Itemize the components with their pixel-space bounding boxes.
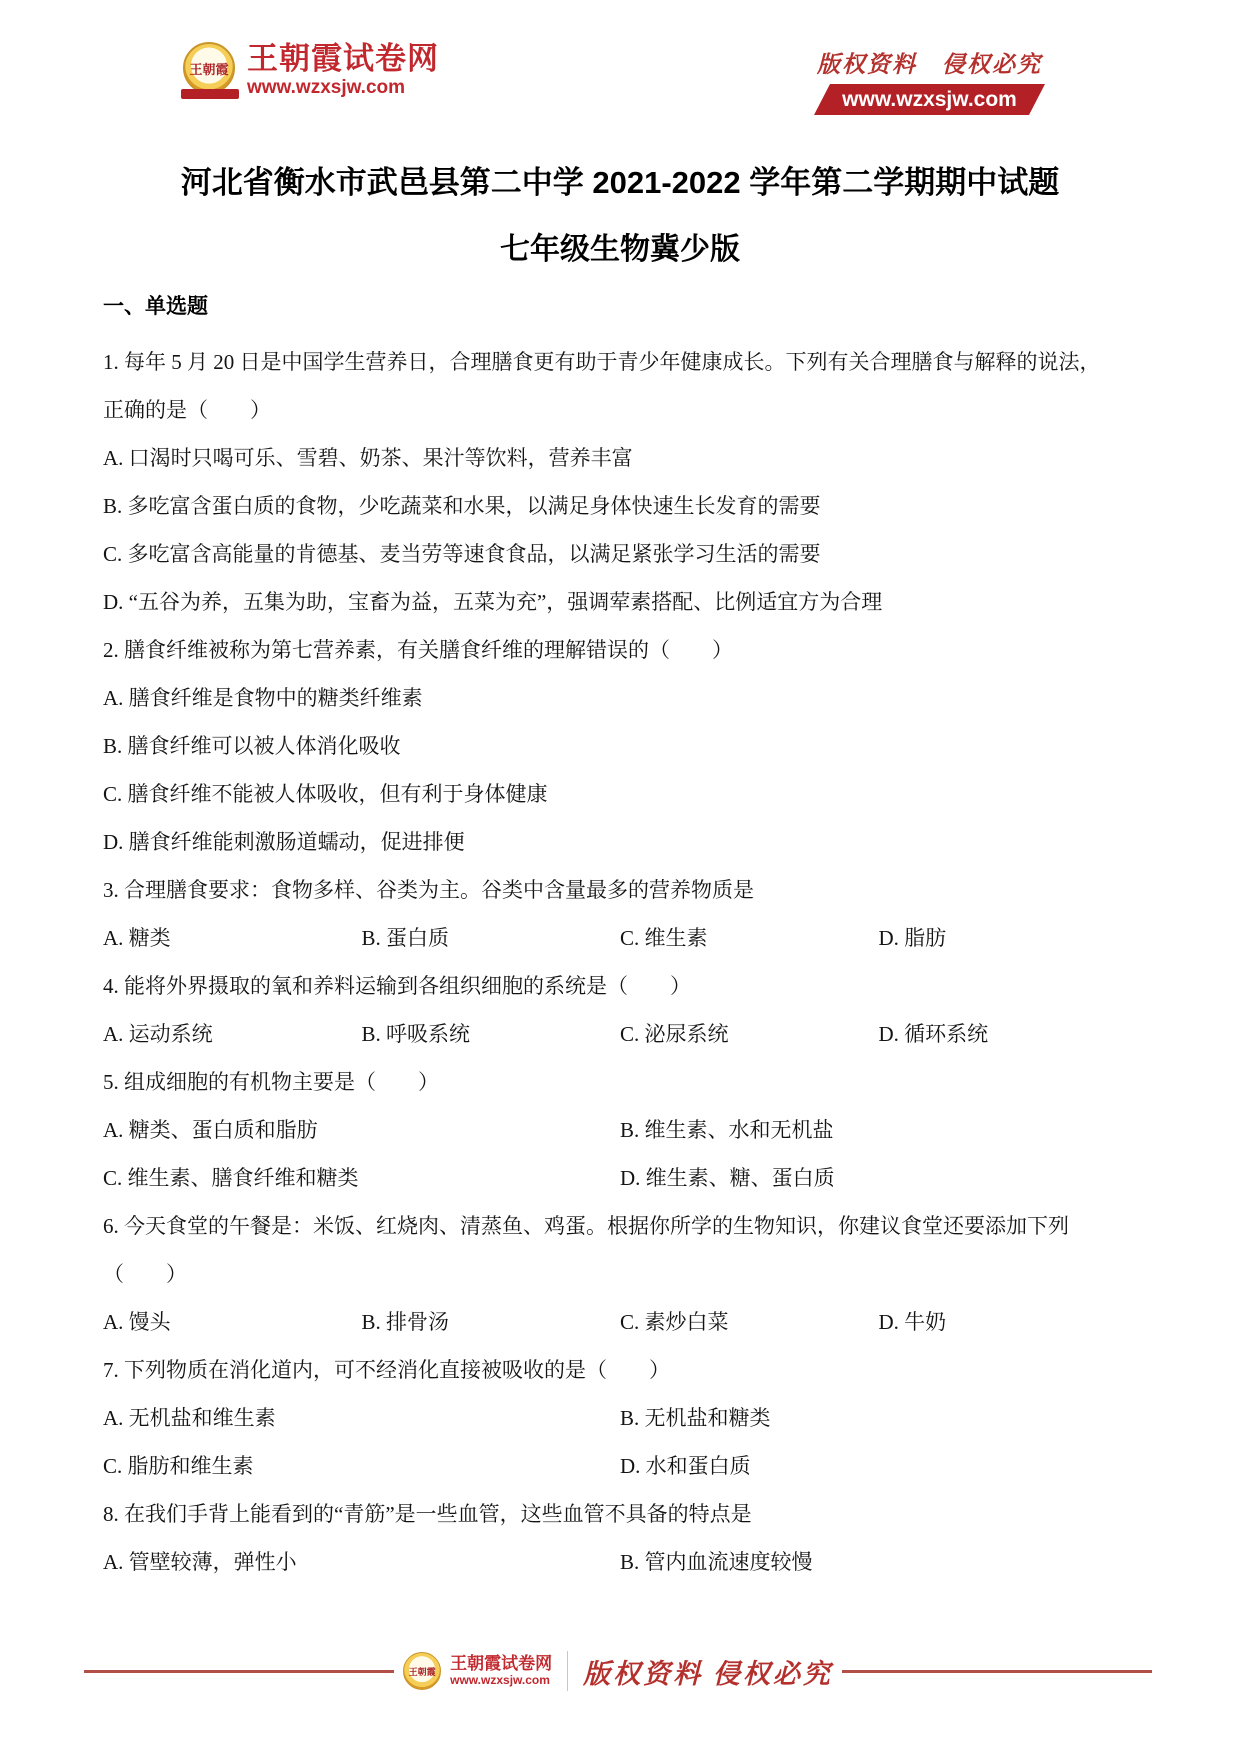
option-row: A. 管壁较薄，弹性小 B. 管内血流速度较慢	[103, 1538, 1137, 1586]
footer-site-url: www.wzxsjw.com	[450, 1674, 552, 1687]
option-row: A. 无机盐和维生素 B. 无机盐和糖类	[103, 1394, 1137, 1442]
option: A. 糖类	[103, 914, 362, 962]
site-logo: 王朝霞 王朝霞试卷网 www.wzxsjw.com	[181, 42, 439, 99]
option: D. 循环系统	[879, 1010, 1138, 1058]
footer-seal-text: 王朝霞	[409, 1665, 436, 1678]
option: A. 管壁较薄，弹性小	[103, 1538, 620, 1586]
question-list: 1. 每年 5 月 20 日是中国学生营养日，合理膳食更有助于青少年健康成长。下…	[103, 338, 1137, 1586]
option: B. 排骨汤	[362, 1298, 621, 1346]
page-footer: 王朝霞 王朝霞试卷网 www.wzxsjw.com 版权资料 侵权必究	[84, 1644, 1152, 1698]
option: B. 膳食纤维可以被人体消化吸收	[103, 722, 1137, 770]
logo-seal-icon: 王朝霞	[181, 42, 237, 99]
url-banner: www.wzxsjw.com	[814, 84, 1045, 115]
option-row: A. 糖类 B. 蛋白质 C. 维生素 D. 脂肪	[103, 914, 1137, 962]
option: A. 口渴时只喝可乐、雪碧、奶茶、果汁等饮料，营养丰富	[103, 434, 1137, 482]
site-name: 王朝霞试卷网	[247, 43, 439, 76]
question-stem: 7. 下列物质在消化道内，可不经消化直接被吸收的是（ ）	[103, 1346, 1137, 1394]
question-stem: 4. 能将外界摄取的氧和养料运输到各组织细胞的系统是（ ）	[103, 962, 1137, 1010]
option: A. 馒头	[103, 1298, 362, 1346]
exam-title: 河北省衡水市武邑县第二中学 2021-2022 学年第二学期期中试题	[0, 157, 1240, 202]
copyright-block: 版权资料 侵权必究 www.wzxsjw.com	[814, 46, 1045, 115]
option: D. “五谷为养，五集为助，宝畜为益，五菜为充”，强调荤素搭配、比例适宜方为合理	[103, 578, 1137, 626]
copyright-slogan: 版权资料 侵权必究	[814, 46, 1045, 79]
option: D. 膳食纤维能刺激肠道蠕动，促进排便	[103, 818, 1137, 866]
site-url: www.wzxsjw.com	[247, 78, 439, 98]
question-stem: 正确的是（ ）	[103, 386, 1137, 434]
question-stem: 8. 在我们手背上能看到的“青筋”是一些血管，这些血管不具备的特点是	[103, 1490, 1137, 1538]
option: A. 无机盐和维生素	[103, 1394, 620, 1442]
footer-rule-right	[842, 1670, 1152, 1673]
option: B. 维生素、水和无机盐	[620, 1106, 1137, 1154]
option: D. 脂肪	[879, 914, 1138, 962]
section-heading: 一、单选题	[103, 290, 208, 320]
option: B. 呼吸系统	[362, 1010, 621, 1058]
option: A. 运动系统	[103, 1010, 362, 1058]
question-stem: 5. 组成细胞的有机物主要是（ ）	[103, 1058, 1137, 1106]
option: A. 糖类、蛋白质和脂肪	[103, 1106, 620, 1154]
footer-site-name: 王朝霞试卷网	[450, 1655, 552, 1674]
option: B. 多吃富含蛋白质的食物，少吃蔬菜和水果，以满足身体快速生长发育的需要	[103, 482, 1137, 530]
question-stem: 1. 每年 5 月 20 日是中国学生营养日，合理膳食更有助于青少年健康成长。下…	[103, 338, 1137, 386]
footer-divider	[567, 1651, 568, 1691]
footer-copyright-slogan: 版权资料 侵权必究	[583, 1652, 833, 1691]
option: C. 脂肪和维生素	[103, 1442, 620, 1490]
option: C. 多吃富含高能量的肯德基、麦当劳等速食食品，以满足紧张学习生活的需要	[103, 530, 1137, 578]
option: D. 牛奶	[879, 1298, 1138, 1346]
footer-seal-icon: 王朝霞	[403, 1652, 441, 1690]
question-stem: （ ）	[103, 1250, 1137, 1298]
option-row: C. 维生素、膳食纤维和糖类 D. 维生素、糖、蛋白质	[103, 1154, 1137, 1202]
option: B. 蛋白质	[362, 914, 621, 962]
option-row: A. 馒头 B. 排骨汤 C. 素炒白菜 D. 牛奶	[103, 1298, 1137, 1346]
option: C. 维生素、膳食纤维和糖类	[103, 1154, 620, 1202]
option: A. 膳食纤维是食物中的糖类纤维素	[103, 674, 1137, 722]
option: D. 水和蛋白质	[620, 1442, 1137, 1490]
option: D. 维生素、糖、蛋白质	[620, 1154, 1137, 1202]
option-row: A. 运动系统 B. 呼吸系统 C. 泌尿系统 D. 循环系统	[103, 1010, 1137, 1058]
option: C. 膳食纤维不能被人体吸收，但有利于身体健康	[103, 770, 1137, 818]
question-stem: 2. 膳食纤维被称为第七营养素，有关膳食纤维的理解错误的（ ）	[103, 626, 1137, 674]
exam-paper-page: 王朝霞 王朝霞试卷网 www.wzxsjw.com 版权资料 侵权必究 www.…	[0, 0, 1240, 1753]
exam-subtitle: 七年级生物冀少版	[0, 224, 1240, 268]
option: B. 管内血流速度较慢	[620, 1538, 1137, 1586]
question-stem: 6. 今天食堂的午餐是：米饭、红烧肉、清蒸鱼、鸡蛋。根据你所学的生物知识，你建议…	[103, 1202, 1137, 1250]
option-row: C. 脂肪和维生素 D. 水和蛋白质	[103, 1442, 1137, 1490]
option: B. 无机盐和糖类	[620, 1394, 1137, 1442]
footer-rule-left	[84, 1670, 394, 1673]
seal-ribbon	[181, 89, 239, 99]
question-stem: 3. 合理膳食要求：食物多样、谷类为主。谷类中含量最多的营养物质是	[103, 866, 1137, 914]
option: C. 泌尿系统	[620, 1010, 879, 1058]
option-row: A. 糖类、蛋白质和脂肪 B. 维生素、水和无机盐	[103, 1106, 1137, 1154]
banner-url: www.wzxsjw.com	[842, 88, 1017, 111]
seal-text: 王朝霞	[189, 59, 228, 78]
option: C. 素炒白菜	[620, 1298, 879, 1346]
option: C. 维生素	[620, 914, 879, 962]
